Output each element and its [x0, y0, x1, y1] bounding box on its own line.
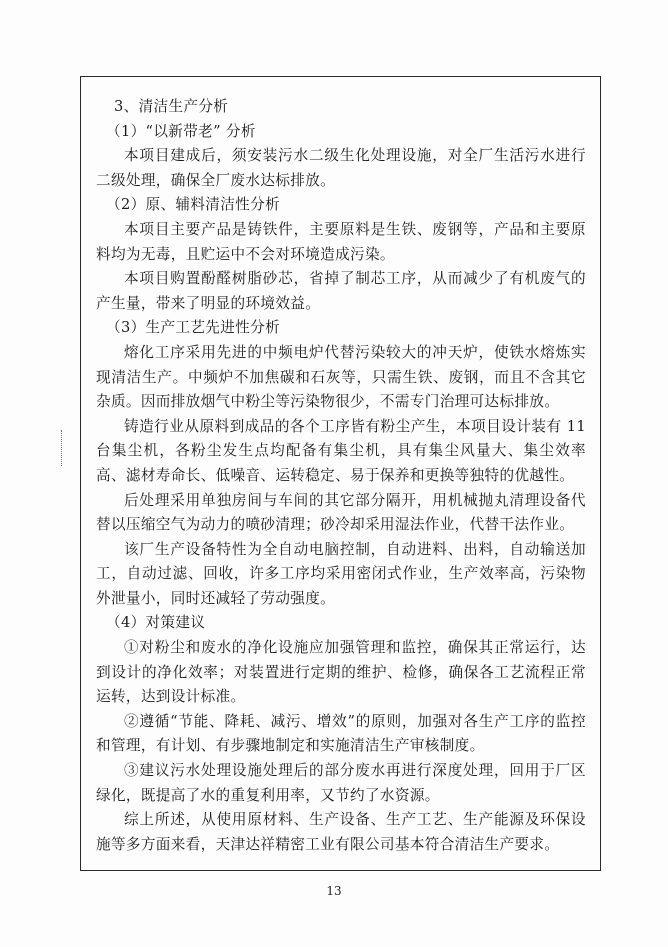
subsection-heading-4: （4）对策建议: [96, 611, 586, 636]
conclusion-paragraph: 综上所述，从使用原材料、生产设备、生产工艺、生产能源及环保设施等多方面来看，天津…: [96, 808, 586, 857]
page-number: 13: [0, 884, 668, 898]
paragraph: 本项目主要产品是铸铁件，主要原料是生铁、废钢等，产品和主要原料均为无毒，且贮运中…: [96, 218, 586, 267]
subsection-heading-1: （1）“以新带老” 分析: [96, 120, 586, 145]
page-content: 3、清洁生产分析 （1）“以新带老” 分析 本项目建成后，须安装污水二级生化处理…: [96, 95, 586, 857]
paragraph: 本项目购置酚醛树脂砂芯，省掉了制芯工序，从而减少了有机废气的产生量，带来了明显的…: [96, 267, 586, 316]
section-title: 3、清洁生产分析: [96, 95, 586, 120]
paragraph: 熔化工序采用先进的中频电炉代替污染较大的冲天炉，使铁水熔炼实现清洁生产。中频炉不…: [96, 341, 586, 415]
paragraph: 铸造行业从原料到成品的各个工序皆有粉尘产生，本项目设计装有 11 台集尘机，各粉…: [96, 415, 586, 489]
subsection-heading-3: （3）生产工艺先进性分析: [96, 316, 586, 341]
paragraph: 本项目建成后，须安装污水二级生化处理设施，对全厂生活污水进行二级处理，确保全厂废…: [96, 144, 586, 193]
subsection-heading-2: （2）原、辅料清洁性分析: [96, 193, 586, 218]
binding-margin-mark: [61, 430, 63, 466]
paragraph: 该厂生产设备特性为全自动电脑控制，自动进料、出料，自动输送加工，自动过滤、回收，…: [96, 538, 586, 612]
recommendation-2: ②遵循“节能、降耗、减污、增效”的原则，加强对各生产工序的监控和管理，有计划、有…: [96, 710, 586, 759]
paragraph: 后处理采用单独房间与车间的其它部分隔开，用机械抛丸清理设备代替以压缩空气为动力的…: [96, 489, 586, 538]
recommendation-3: ③建议污水处理设施处理后的部分废水再进行深度处理，回用于厂区绿化，既提高了水的重…: [96, 759, 586, 808]
document-page: 3、清洁生产分析 （1）“以新带老” 分析 本项目建成后，须安装污水二级生化处理…: [0, 0, 668, 947]
recommendation-1: ①对粉尘和废水的净化设施应加强管理和监控，确保其正常运行，达到设计的净化效率；对…: [96, 636, 586, 710]
